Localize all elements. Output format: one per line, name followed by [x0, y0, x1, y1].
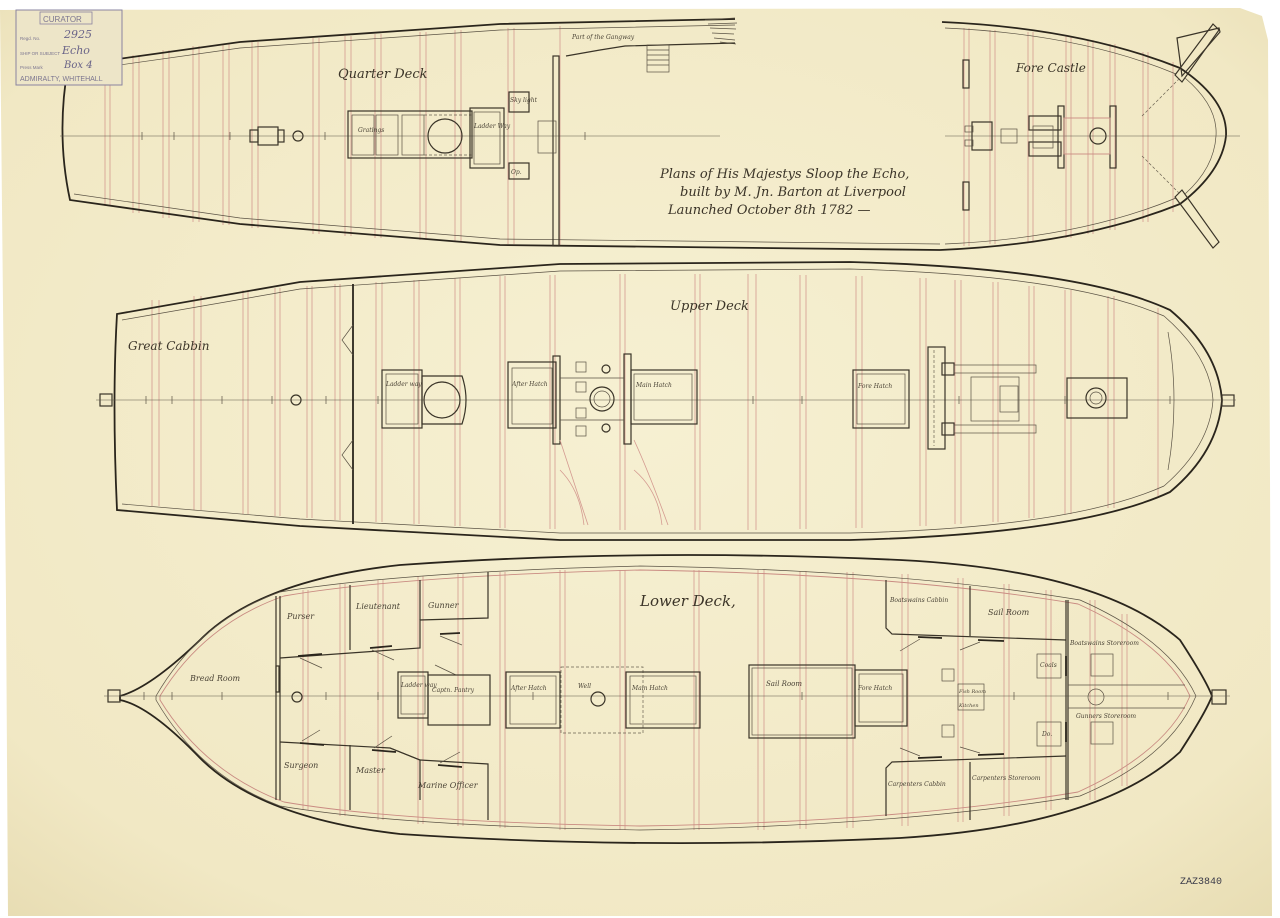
admiralty-footer: ADMIRALTY, WHITEHALL: [20, 76, 103, 83]
marine-officer-label: Marine Officer: [417, 781, 479, 790]
great-cabin-label: Great Cabbin: [128, 339, 209, 353]
ship-plan-drawing: Quarter Deck Gratings Ladder Way Sky lig…: [0, 0, 1280, 918]
well-label: Well: [578, 683, 591, 690]
sail-room-label: Sail Room: [988, 608, 1030, 617]
press-mark-value: Box 4: [63, 60, 93, 71]
carpenter-storeroom-label: Carpenters Storeroom: [972, 775, 1041, 782]
upper-fore-hatch-label: Fore Hatch: [857, 383, 892, 390]
kitchen-label: Kitchen: [958, 703, 979, 709]
press-mark-label: Press Mark: [20, 65, 44, 70]
title-line-2: built by M. Jn. Barton at Liverpool: [680, 185, 906, 200]
upper-deck-label: Upper Deck: [670, 299, 749, 314]
quarter-deck-label: Quarter Deck: [338, 67, 428, 82]
gratings-label: Gratings: [358, 127, 384, 134]
fish-room-label: Fish Room: [958, 689, 986, 695]
bread-room-label: Bread Room: [189, 674, 241, 683]
gangway-note: Part of the Gangway: [571, 34, 635, 41]
title-line-3: Launched October 8th 1782 —: [667, 203, 871, 218]
paper-sheet: [0, 8, 1272, 916]
upper-after-hatch-label: After Hatch: [511, 381, 548, 388]
title-line-1: Plans of His Majestys Sloop the Echo,: [659, 167, 909, 182]
coals-label: Coals: [1040, 662, 1057, 669]
reg-number-label: Regd. No.: [20, 36, 40, 41]
lower-deck-label: Lower Deck,: [639, 592, 736, 610]
upper-main-hatch-label: Main Hatch: [635, 382, 672, 389]
lower-main-hatch-label: Main Hatch: [631, 685, 668, 692]
captain-pantry-label: Captn. Pantry: [432, 687, 475, 694]
ship-subject-value: Echo: [61, 44, 90, 57]
upper-ladder-label: Ladder way: [385, 381, 422, 388]
catalog-number: ZAZ3840: [1180, 877, 1222, 888]
ladder-way-label: Ladder Way: [473, 123, 511, 130]
boatswain-cabin-label: Boatswains Cabbin: [889, 597, 948, 604]
reg-number-value: 2925: [63, 28, 92, 41]
lower-after-hatch-label: After Hatch: [510, 685, 547, 692]
forecastle-label: Fore Castle: [1015, 61, 1086, 75]
skylight-label: Sky light: [510, 97, 538, 104]
curator-heading: CURATOR: [43, 15, 82, 24]
gunner-storeroom-label: Gunners Storeroom: [1076, 713, 1136, 720]
boatswain-storeroom-label: Boatswains Storeroom: [1069, 640, 1139, 647]
purser-label: Purser: [286, 612, 315, 621]
curator-stamp: CURATOR Regd. No. 2925 SHIP OR SUBJECT E…: [16, 10, 122, 85]
sail-room-mid-label: Sail Room: [766, 680, 802, 688]
companion-label: Op.: [511, 169, 522, 176]
ditto-label: Do.: [1041, 731, 1052, 738]
gunner-label: Gunner: [428, 601, 460, 610]
carpenter-cabin-label: Carpenters Cabbin: [888, 781, 946, 788]
ship-plan-sheet: Quarter Deck Gratings Ladder Way Sky lig…: [0, 0, 1280, 918]
surgeon-label: Surgeon: [284, 761, 318, 770]
lower-fore-hatch-label: Fore Hatch: [857, 685, 892, 692]
master-label: Master: [355, 766, 386, 775]
ship-subject-label: SHIP OR SUBJECT: [20, 51, 60, 56]
lieutenant-label: Lieutenant: [355, 602, 401, 611]
